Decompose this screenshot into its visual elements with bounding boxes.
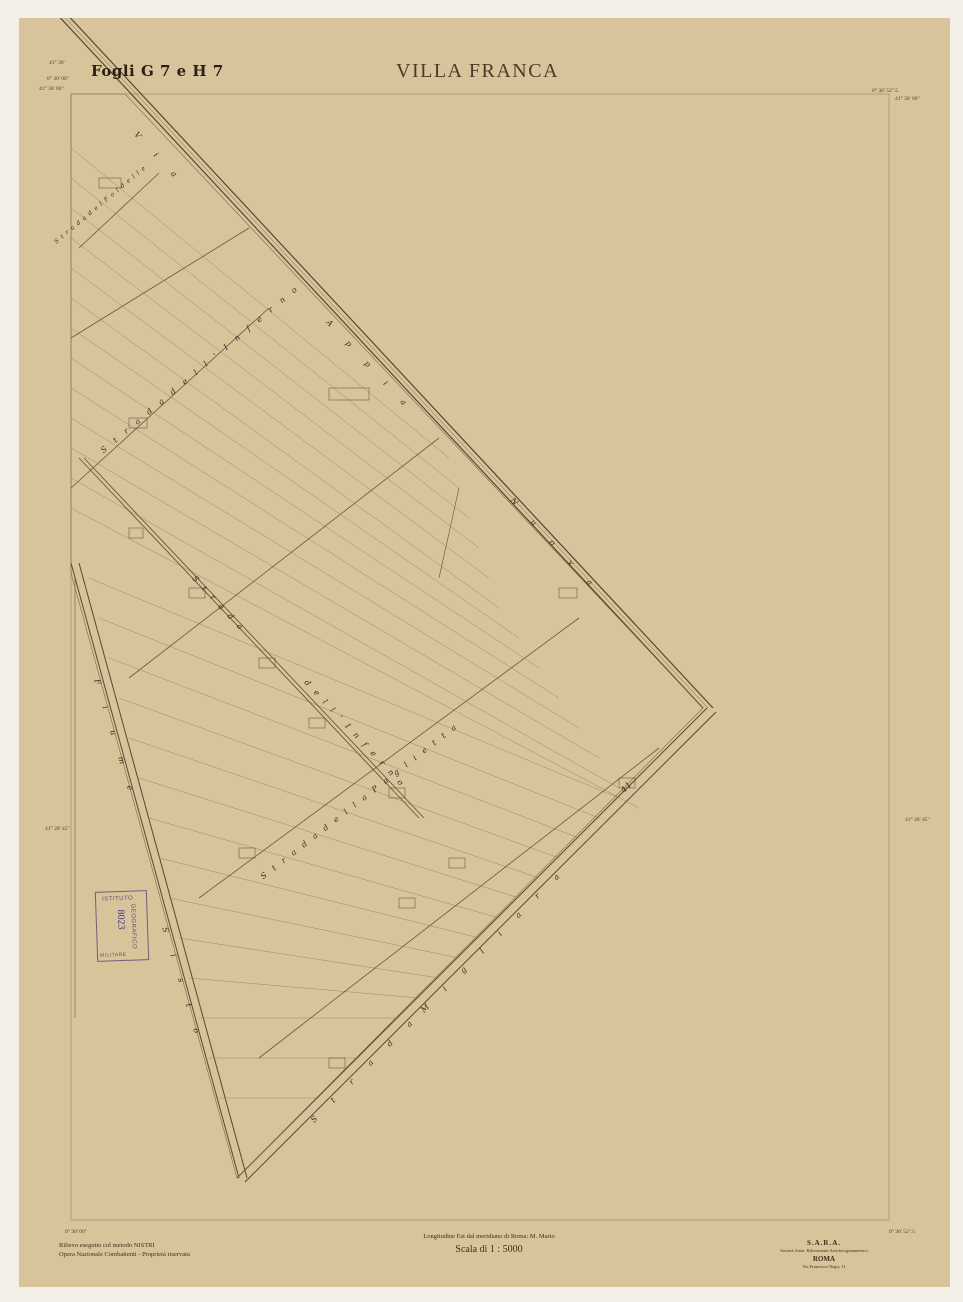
coord-bottom-left-lon: 0° 30' 00": [65, 1229, 87, 1235]
stamp-number: 8023: [115, 909, 127, 929]
neatline-frame: [71, 94, 889, 1220]
cross-roads: [71, 173, 659, 1058]
longitude-note: Longitudine Est dal meridiano di Roma: M…: [379, 1233, 599, 1240]
publisher-name: S.A.R.A.: [774, 1239, 874, 1247]
sheet-reference: Fogli G 7 e H 7: [91, 62, 224, 80]
parcel-markers: [99, 178, 635, 1068]
coord-corner-note: 41° 30': [49, 60, 65, 66]
publisher-city: ROMA: [774, 1255, 874, 1263]
coord-top-right-lon: 0° 36' 52".5: [872, 88, 898, 94]
strada-migliara-road: [237, 708, 716, 1182]
coord-top-left-lat: 41° 30' 00": [39, 86, 64, 92]
map-sheet: Fogli G 7 e H 7 VILLA FRANCA 0° 30' 00" …: [19, 18, 950, 1287]
stamp-bottom-text: MILITARE: [100, 952, 127, 959]
map-scale: Scala di 1 : 5000: [379, 1244, 599, 1255]
map-drawing: [19, 18, 950, 1287]
survey-note: Rilievo eseguito col metodo NISTRI Opera…: [59, 1241, 190, 1259]
coord-bottom-right-lon: 0° 36' 52".5: [889, 1229, 915, 1235]
publisher-address: Via Francesco Negri, 11: [774, 1263, 874, 1271]
stamp-side-text: GEOGRAFICO: [129, 904, 137, 950]
map-title: VILLA FRANCA: [396, 60, 559, 83]
scale-block: Longitudine Est dal meridiano di Roma: M…: [379, 1233, 599, 1255]
coord-mid-left-lat: 41° 28' 45": [45, 826, 70, 832]
publisher-block: S.A.R.A. Società Anon. Rilevamenti Aerof…: [774, 1239, 874, 1271]
stamp-top-text: ISTITUTO: [102, 896, 133, 903]
coord-mid-right-lat: 41° 28' 45": [905, 817, 930, 823]
field-strips: [71, 148, 639, 1098]
coord-top-left-lon: 0° 30' 00": [47, 76, 69, 82]
archive-stamp: ISTITUTO GEOGRAFICO 8023 MILITARE: [95, 890, 149, 962]
survey-note-line1: Rilievo eseguito col metodo NISTRI: [59, 1241, 190, 1250]
publisher-desc: Società Anon. Rilevamenti Aerofotogramme…: [774, 1247, 874, 1255]
survey-note-line2: Opera Nazionale Combattenti - Proprietà …: [59, 1250, 190, 1259]
via-appia-nuova-road: [53, 18, 713, 708]
coord-top-right-lat: 41° 30' 00": [895, 96, 920, 102]
